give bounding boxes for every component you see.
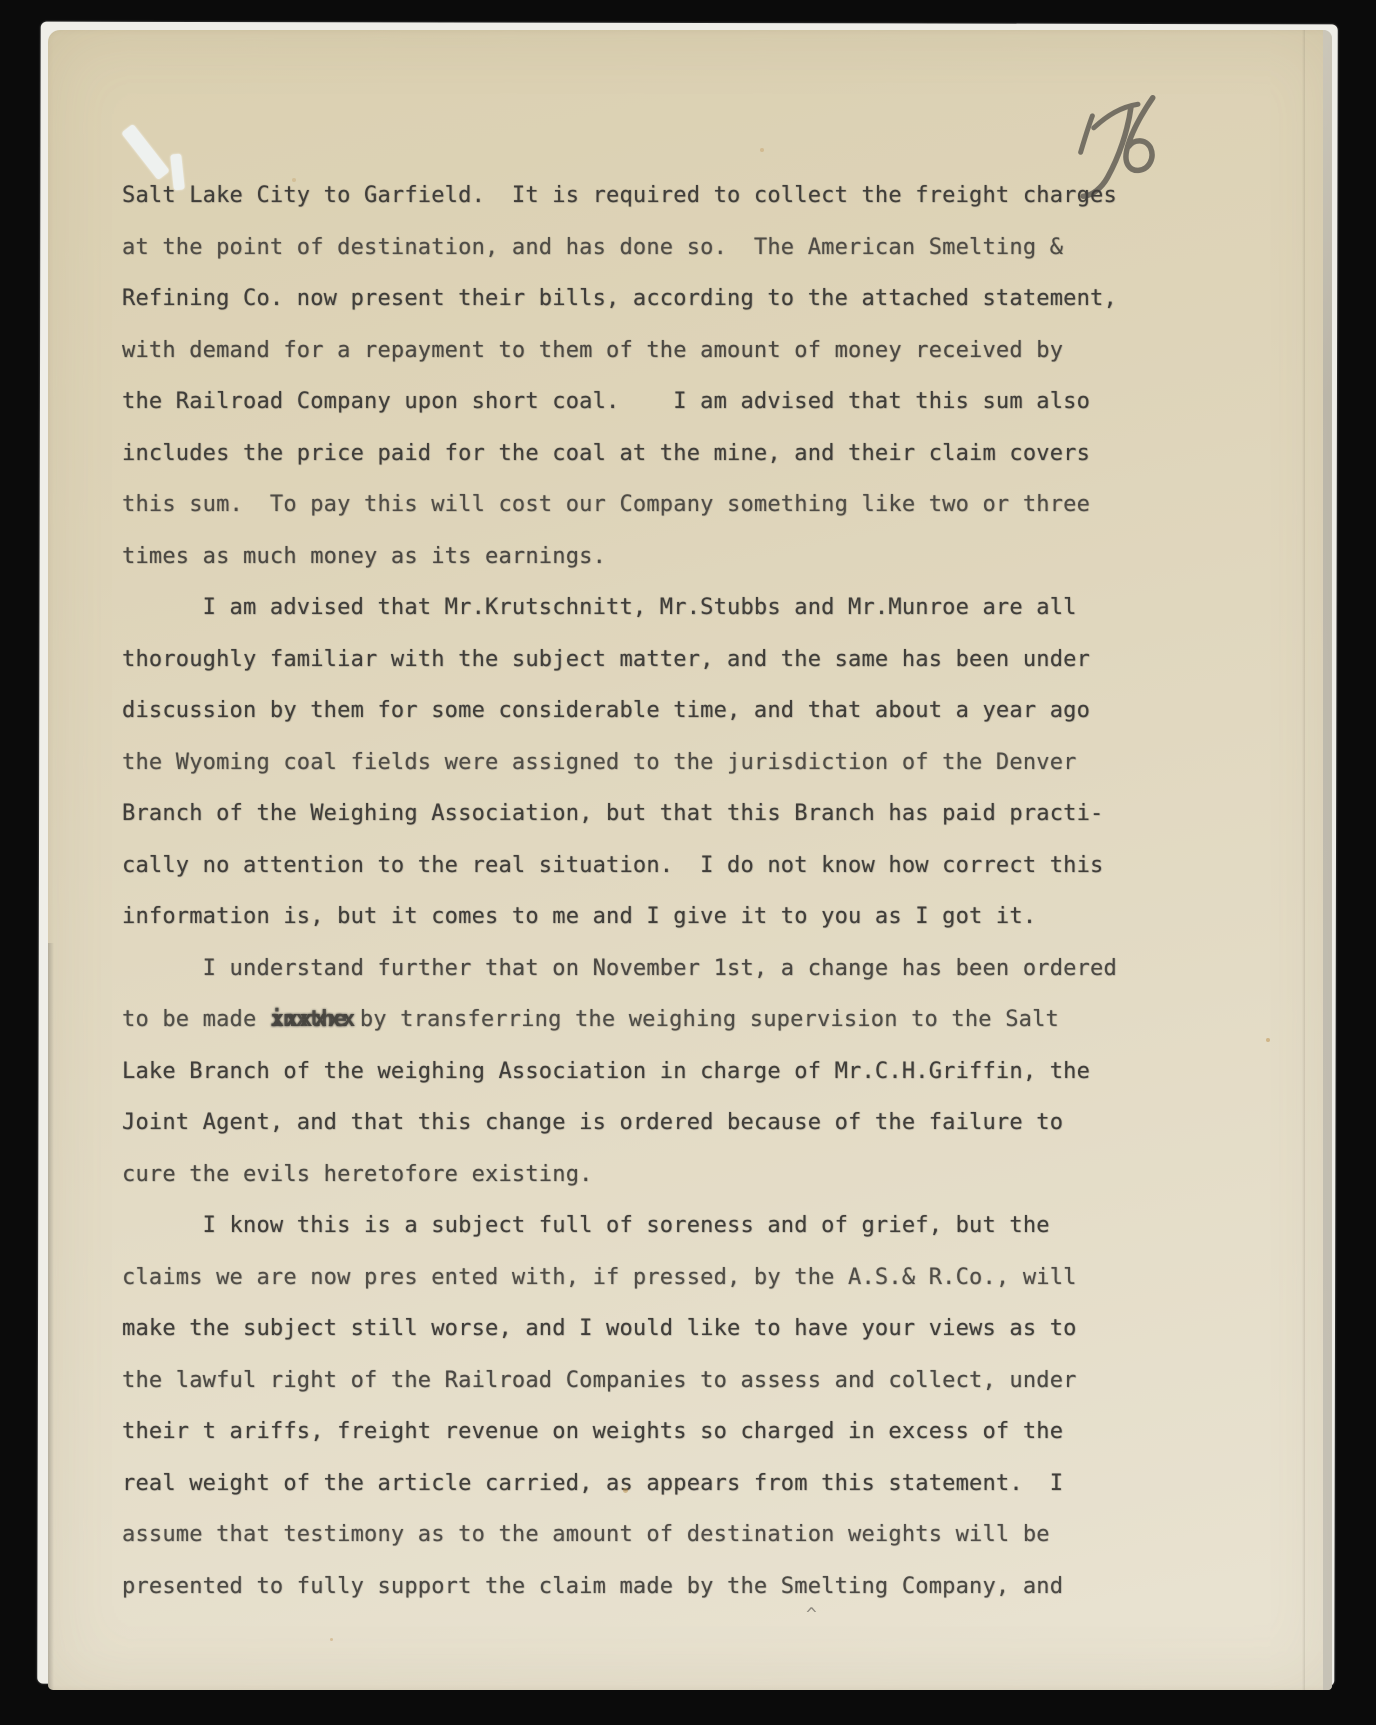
text-line: Joint Agent, and that this change is ord… xyxy=(122,1097,1252,1149)
text-line: I understand further that on November 1s… xyxy=(122,943,1252,995)
document-scan: '76 Salt Lake City to Garfield. It is re… xyxy=(0,0,1376,1725)
text-line: presented to fully support the claim mad… xyxy=(122,1561,1252,1613)
text-line: real weight of the article carried, as a… xyxy=(122,1458,1252,1510)
struck-out-word: inxthexxxxxx xyxy=(270,994,346,1046)
text-line: cally no attention to the real situation… xyxy=(122,840,1252,892)
text-line: Refining Co. now present their bills, ac… xyxy=(122,273,1252,325)
text-line: make the subject still worse, and I woul… xyxy=(122,1303,1252,1355)
foxing-speck xyxy=(1266,1038,1270,1042)
text-line: Lake Branch of the weighing Association … xyxy=(122,1046,1252,1098)
text-line: the lawful right of the Railroad Compani… xyxy=(122,1355,1252,1407)
text-line: cure the evils heretofore existing. xyxy=(122,1149,1252,1201)
foxing-speck xyxy=(760,148,764,152)
text-line: thoroughly familiar with the subject mat… xyxy=(122,634,1252,686)
foxing-speck xyxy=(330,1638,333,1641)
stray-typewriter-caret: ^ xyxy=(806,1604,817,1625)
text-line: I know this is a subject full of sorenes… xyxy=(122,1200,1252,1252)
text-line: times as much money as its earnings. xyxy=(122,531,1252,583)
text-line: I am advised that Mr.Krutschnitt, Mr.Stu… xyxy=(122,582,1252,634)
foxing-speck xyxy=(292,178,296,182)
paper-left-edge-shadow xyxy=(48,943,54,1690)
text-line: their t ariffs, freight revenue on weigh… xyxy=(122,1406,1252,1458)
text-line: information is, but it comes to me and I… xyxy=(122,891,1252,943)
text-line: the Wyoming coal fields were assigned to… xyxy=(122,737,1252,789)
text-line: claims we are now pres ented with, if pr… xyxy=(122,1252,1252,1304)
paper-crease xyxy=(1302,30,1305,1690)
text-line: the Railroad Company upon short coal. I … xyxy=(122,376,1252,428)
letter-page: '76 Salt Lake City to Garfield. It is re… xyxy=(48,30,1332,1690)
text-line: this sum. To pay this will cost our Comp… xyxy=(122,479,1252,531)
typewritten-text: Salt Lake City to Garfield. It is requir… xyxy=(122,170,1252,1612)
paper-deckle-edge xyxy=(1323,30,1332,1690)
text-line: discussion by them for some considerable… xyxy=(122,685,1252,737)
text-line: to be made inxthexxxxxx by transferring … xyxy=(122,994,1252,1046)
foxing-speck xyxy=(623,1488,628,1493)
text-line: assume that testimony as to the amount o… xyxy=(122,1509,1252,1561)
text-line: with demand for a repayment to them of t… xyxy=(122,325,1252,377)
scan-background: { "page_marks": { "page_number": "'76", … xyxy=(0,0,1376,1725)
text-line: includes the price paid for the coal at … xyxy=(122,428,1252,480)
text-line: at the point of destination, and has don… xyxy=(122,222,1252,274)
text-line: Branch of the Weighing Association, but … xyxy=(122,788,1252,840)
